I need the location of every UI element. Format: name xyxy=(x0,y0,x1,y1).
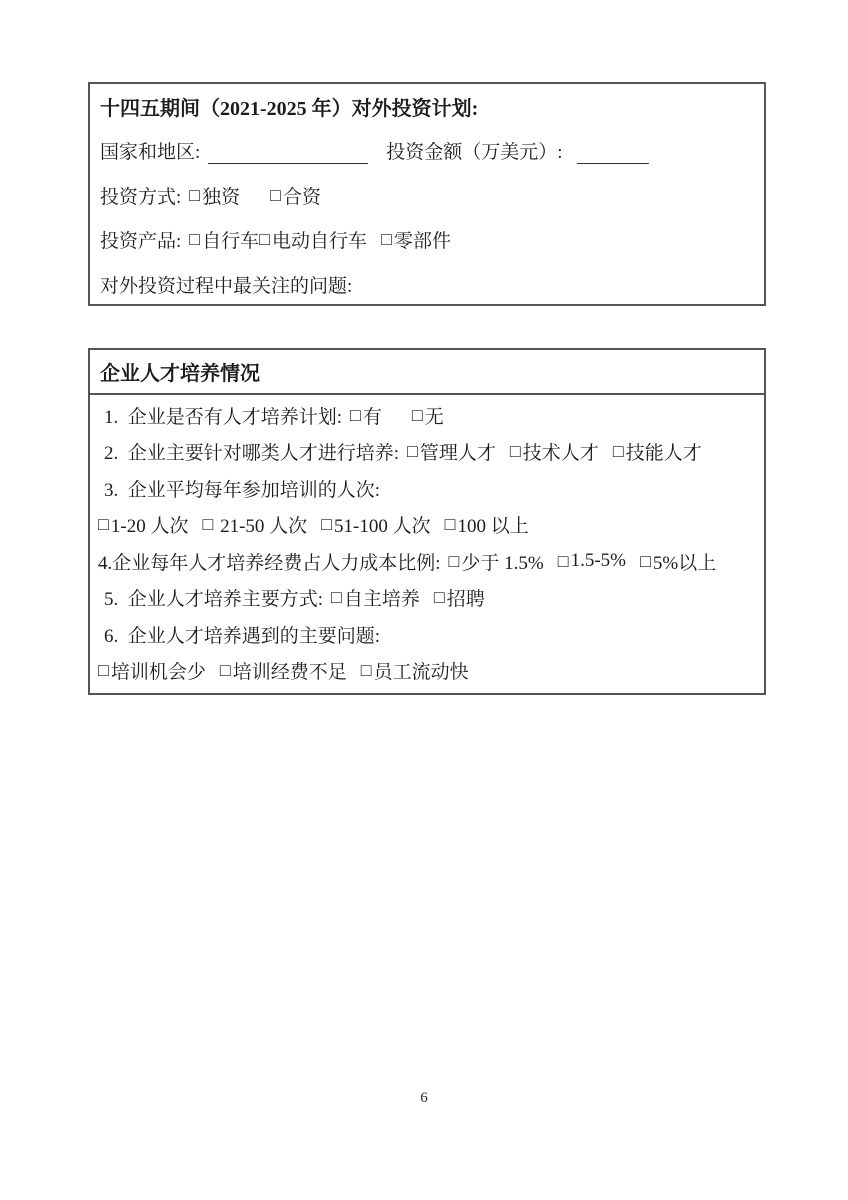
option-label: 员工流动快 xyxy=(374,657,469,684)
option-label: 培训机会少 xyxy=(111,657,206,684)
question-6-label: 6. 企业人才培养遇到的主要问题: xyxy=(104,621,380,648)
checkbox-icon: □ xyxy=(407,441,418,462)
concern-label: 对外投资过程中最关注的问题: xyxy=(100,271,352,298)
checkbox-option: □ 21-50 人次 xyxy=(202,511,307,538)
question-6-line: 6. 企业人才培养遇到的主要问题: xyxy=(98,616,756,653)
question-4-line: 4.企业每年人才培养经费占人力成本比例: □ 少于 1.5% □ 1.5-5% … xyxy=(98,543,756,580)
option-label: 无 xyxy=(425,402,444,429)
checkbox-option: □ 少于 1.5% xyxy=(449,548,544,575)
method-label: 投资方式: xyxy=(100,182,181,209)
checkbox-icon: □ xyxy=(189,185,200,206)
checkbox-icon: □ xyxy=(350,405,361,426)
option-label: 技术人才 xyxy=(523,438,599,465)
checkbox-option: □ 招聘 xyxy=(434,584,485,611)
checkbox-icon: □ xyxy=(270,185,281,206)
concern-line: 对外投资过程中最关注的问题: xyxy=(100,262,754,307)
checkbox-option: □ 管理人才 xyxy=(407,438,496,465)
checkbox-option: □ 100 以上 xyxy=(445,511,529,538)
product-line: 投资产品: □ 自行车 □ 电动自行车 □ 零部件 xyxy=(100,218,754,263)
question-1-label: 1. 企业是否有人才培养计划: xyxy=(104,402,342,429)
option-label: 少于 1.5% xyxy=(461,548,543,575)
option-label: 培训经费不足 xyxy=(233,657,347,684)
talent-box-body: 1. 企业是否有人才培养计划: □ 有 □ 无 2. 企业主要针对哪类人才进行培… xyxy=(90,395,764,693)
checkbox-icon: □ xyxy=(220,660,231,681)
question-2-label: 2. 企业主要针对哪类人才进行培养: xyxy=(104,438,399,465)
checkbox-icon: □ xyxy=(381,229,392,250)
checkbox-option: □ 员工流动快 xyxy=(361,657,469,684)
investment-plan-title: 十四五期间（2021-2025 年）对外投资计划: xyxy=(100,84,754,129)
question-2-line: 2. 企业主要针对哪类人才进行培养: □ 管理人才 □ 技术人才 □ 技能人才 xyxy=(98,434,756,471)
checkbox-icon: □ xyxy=(321,514,332,535)
page-number: 6 xyxy=(0,1090,848,1107)
checkbox-icon: □ xyxy=(259,229,270,250)
checkbox-icon: □ xyxy=(558,551,569,572)
checkbox-option: □ 无 xyxy=(412,402,444,429)
option-label: 1.5-5% xyxy=(571,550,626,572)
checkbox-icon: □ xyxy=(202,514,213,535)
checkbox-icon: □ xyxy=(613,441,624,462)
checkbox-icon: □ xyxy=(449,551,460,572)
checkbox-option: □ 1.5-5% xyxy=(558,550,626,572)
country-label: 国家和地区: xyxy=(100,137,200,164)
country-blank xyxy=(208,142,368,164)
checkbox-icon: □ xyxy=(640,551,651,572)
checkbox-option: □ 培训经费不足 xyxy=(220,657,347,684)
question-4-label: 4.企业每年人才培养经费占人力成本比例: xyxy=(98,548,441,575)
option-label: 技能人才 xyxy=(626,438,702,465)
option-label: 1-20 人次 xyxy=(111,511,189,538)
question-6-options-line: □ 培训机会少 □ 培训经费不足 □ 员工流动快 xyxy=(98,653,756,690)
checkbox-icon: □ xyxy=(361,660,372,681)
checkbox-option: □ 1-20 人次 xyxy=(98,511,188,538)
option-label: 零部件 xyxy=(394,226,451,253)
question-3-label: 3. 企业平均每年参加培训的人次: xyxy=(104,475,380,502)
option-label: 51-100 人次 xyxy=(334,511,431,538)
question-1-line: 1. 企业是否有人才培养计划: □ 有 □ 无 xyxy=(98,397,756,434)
checkbox-icon: □ xyxy=(434,587,445,608)
question-5-line: 5. 企业人才培养主要方式: □ 自主培养 □ 招聘 xyxy=(98,580,756,617)
checkbox-icon: □ xyxy=(98,514,109,535)
option-label: 自主培养 xyxy=(344,584,420,611)
option-label: 电动自行车 xyxy=(272,226,367,253)
checkbox-icon: □ xyxy=(98,660,109,681)
method-line: 投资方式: □ 独资 □ 合资 xyxy=(100,173,754,218)
option-label: 有 xyxy=(363,402,382,429)
option-label: 自行车 xyxy=(202,226,259,253)
checkbox-icon: □ xyxy=(189,229,200,250)
checkbox-option: □ 培训机会少 xyxy=(98,657,206,684)
option-label: 5%以上 xyxy=(653,548,716,575)
option-label: 21-50 人次 xyxy=(215,511,307,538)
talent-training-box: 企业人才培养情况 1. 企业是否有人才培养计划: □ 有 □ 无 2. 企业主要… xyxy=(88,348,766,695)
amount-blank xyxy=(577,142,649,164)
checkbox-option: □ 51-100 人次 xyxy=(321,511,430,538)
question-3-line: 3. 企业平均每年参加培训的人次: xyxy=(98,470,756,507)
option-label: 100 以上 xyxy=(457,511,528,538)
checkbox-option: □ 有 xyxy=(350,402,382,429)
product-label: 投资产品: xyxy=(100,226,181,253)
checkbox-icon: □ xyxy=(510,441,521,462)
option-label: 独资 xyxy=(202,182,240,209)
checkbox-option: □ 自主培养 xyxy=(331,584,420,611)
checkbox-option: □ 自行车 xyxy=(189,226,259,253)
option-label: 合资 xyxy=(283,182,321,209)
checkbox-option: □ 零部件 xyxy=(381,226,451,253)
checkbox-option: □ 独资 xyxy=(189,182,240,209)
checkbox-option: □ 技术人才 xyxy=(510,438,599,465)
checkbox-icon: □ xyxy=(331,587,342,608)
amount-label: 投资金额（万美元）: xyxy=(386,137,562,164)
option-label: 招聘 xyxy=(447,584,485,611)
checkbox-option: □ 技能人才 xyxy=(613,438,702,465)
talent-box-header: 企业人才培养情况 xyxy=(90,350,764,395)
country-amount-line: 国家和地区: 投资金额（万美元）: xyxy=(100,129,754,174)
investment-plan-box: 十四五期间（2021-2025 年）对外投资计划: 国家和地区: 投资金额（万美… xyxy=(88,82,766,306)
option-label: 管理人才 xyxy=(420,438,496,465)
checkbox-option: □ 合资 xyxy=(270,182,321,209)
checkbox-option: □ 电动自行车 xyxy=(259,226,367,253)
checkbox-option: □ 5%以上 xyxy=(640,548,716,575)
checkbox-icon: □ xyxy=(412,405,423,426)
checkbox-icon: □ xyxy=(445,514,456,535)
question-3-options-line: □ 1-20 人次 □ 21-50 人次 □ 51-100 人次 □ 100 以… xyxy=(98,507,756,544)
question-5-label: 5. 企业人才培养主要方式: xyxy=(104,584,323,611)
